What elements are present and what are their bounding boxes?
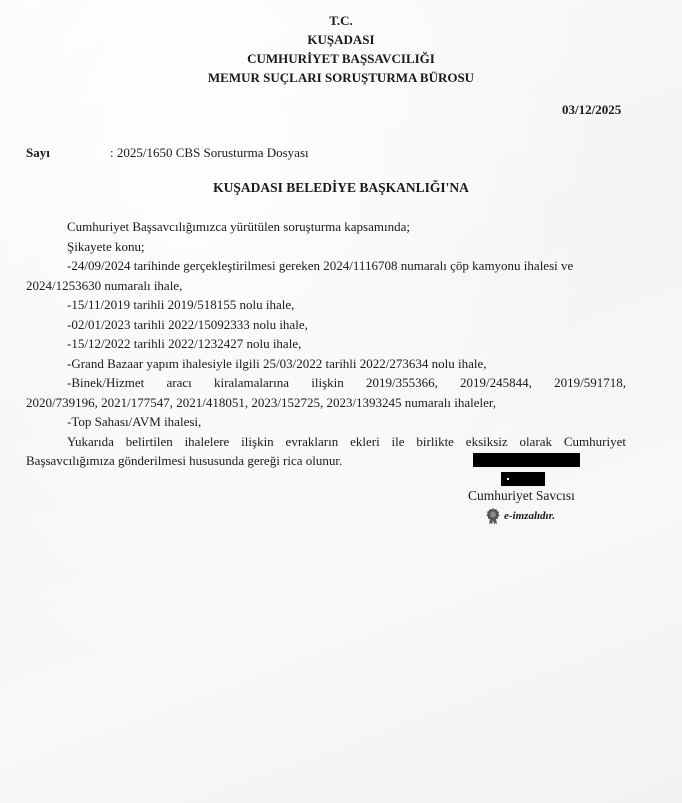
- list-item: -Top Sahası/AVM ihalesi,: [26, 412, 626, 432]
- letterhead: T.C. KUŞADASI CUMHURİYET BAŞSAVCILIĞI ME…: [0, 11, 682, 87]
- reference-label: Sayı: [26, 145, 50, 161]
- redacted-signer-name: [473, 453, 580, 467]
- reference-value: : 2025/1650 CBS Sorusturma Dosyası: [110, 145, 309, 161]
- list-item: -Grand Bazaar yapım ihalesiyle ilgili 25…: [26, 354, 626, 374]
- list-item: -02/01/2023 tarihli 2022/15092333 nolu i…: [26, 315, 626, 335]
- body-intro: Cumhuriyet Başsavcılığımızca yürütülen s…: [26, 217, 626, 237]
- addressee: KUŞADASI BELEDİYE BAŞKANLIĞI'NA: [0, 180, 682, 196]
- letterhead-line-city: KUŞADASI: [0, 30, 682, 49]
- e-signature-text: e-imzalıdır.: [504, 510, 555, 522]
- list-item-continuation: 2024/1253630 numaralı ihale,: [26, 276, 626, 296]
- letterhead-line-tc: T.C.: [0, 11, 682, 30]
- list-item: -Binek/Hizmet aracı kiralamalarına ilişk…: [26, 373, 626, 393]
- list-item: -15/12/2022 tarihli 2022/1232427 nolu ih…: [26, 334, 626, 354]
- e-signature-mark: e-imzalıdır.: [485, 507, 555, 525]
- redacted-signer-id: [501, 472, 545, 486]
- document-page: T.C. KUŞADASI CUMHURİYET BAŞSAVCILIĞI ME…: [0, 0, 682, 803]
- list-item: -24/09/2024 tarihinde gerçekleştirilmesi…: [26, 256, 626, 276]
- list-item: -15/11/2019 tarihli 2019/518155 nolu iha…: [26, 295, 626, 315]
- list-item-continuation: 2020/739196, 2021/177547, 2021/418051, 2…: [26, 393, 626, 413]
- body-closing: Yukarıda belirtilen ihalelere ilişkin ev…: [26, 432, 626, 452]
- signer-title: Cumhuriyet Savcısı: [468, 488, 575, 504]
- letter-body: Cumhuriyet Başsavcılığımızca yürütülen s…: [26, 217, 626, 471]
- body-subject-label: Şikayete konu;: [26, 237, 626, 257]
- letterhead-line-office: CUMHURİYET BAŞSAVCILIĞI: [0, 49, 682, 68]
- letterhead-line-bureau: MEMUR SUÇLARI SORUŞTURMA BÜROSU: [0, 68, 682, 87]
- seal-icon: [485, 507, 501, 525]
- document-date: 03/12/2025: [562, 102, 621, 118]
